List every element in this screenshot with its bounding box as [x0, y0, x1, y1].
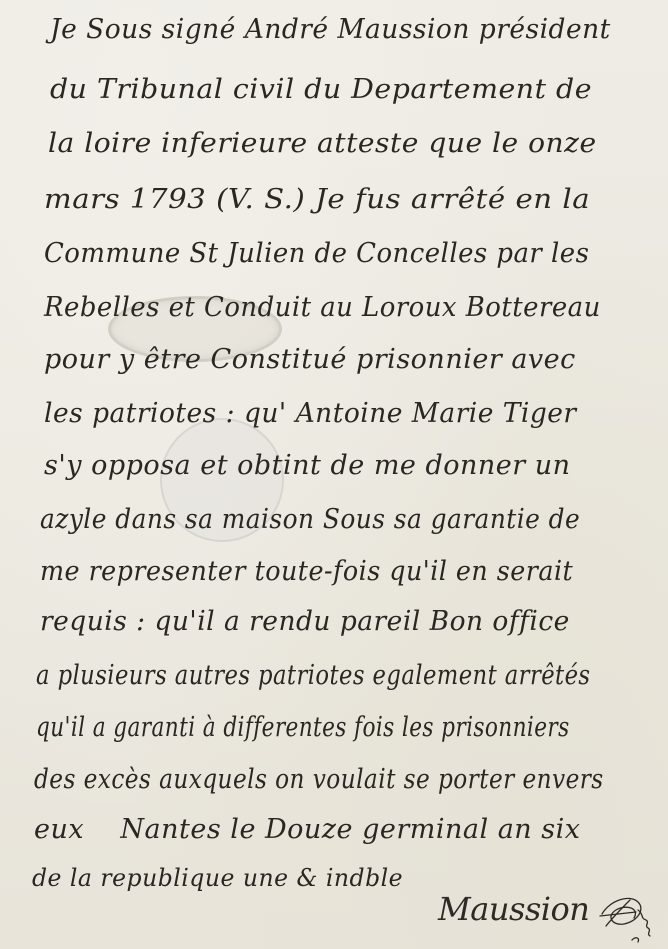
text-line-5: Commune St Julien de Concelles par les — [44, 238, 589, 269]
handwritten-text-body: Je Sous signé André Maussion président d… — [0, 0, 668, 949]
text-line-10: azyle dans sa maison Sous sa garantie de — [40, 504, 580, 535]
text-line-15: des excès auxquels on voulait se porter … — [34, 764, 604, 795]
text-line-1: Je Sous signé André Maussion président — [50, 14, 611, 45]
text-line-4: mars 1793 (V. S.) Je fus arrêté en la — [44, 184, 590, 215]
text-line-8: les patriotes : qu' Antoine Marie Tiger — [44, 398, 577, 429]
text-line-3: la loire inferieure atteste que le onze — [48, 128, 597, 159]
text-line-6: Rebelles et Conduit au Loroux Bottereau — [44, 292, 601, 323]
text-line-9: s'y opposa et obtint de me donner un — [44, 450, 571, 481]
signature: Maussion — [438, 890, 589, 928]
text-line-11: me representer toute-fois qu'il en serai… — [40, 556, 573, 587]
text-line-13: a plusieurs autres patriotes egalement a… — [36, 660, 590, 691]
text-line-2: du Tribunal civil du Departement de — [50, 74, 592, 105]
document-page: Je Sous signé André Maussion président d… — [0, 0, 668, 949]
text-line-14: qu'il a garanti à differentes fois les p… — [36, 712, 570, 743]
text-line-16: eux Nantes le Douze germinal an six — [34, 814, 580, 845]
text-line-7: pour y être Constitué prisonnier avec — [44, 344, 576, 375]
text-line-17: de la republique une & indble — [32, 864, 403, 892]
paraph-flourish-icon — [596, 886, 656, 946]
text-line-12: requis : qu'il a rendu pareil Bon office — [40, 606, 570, 637]
